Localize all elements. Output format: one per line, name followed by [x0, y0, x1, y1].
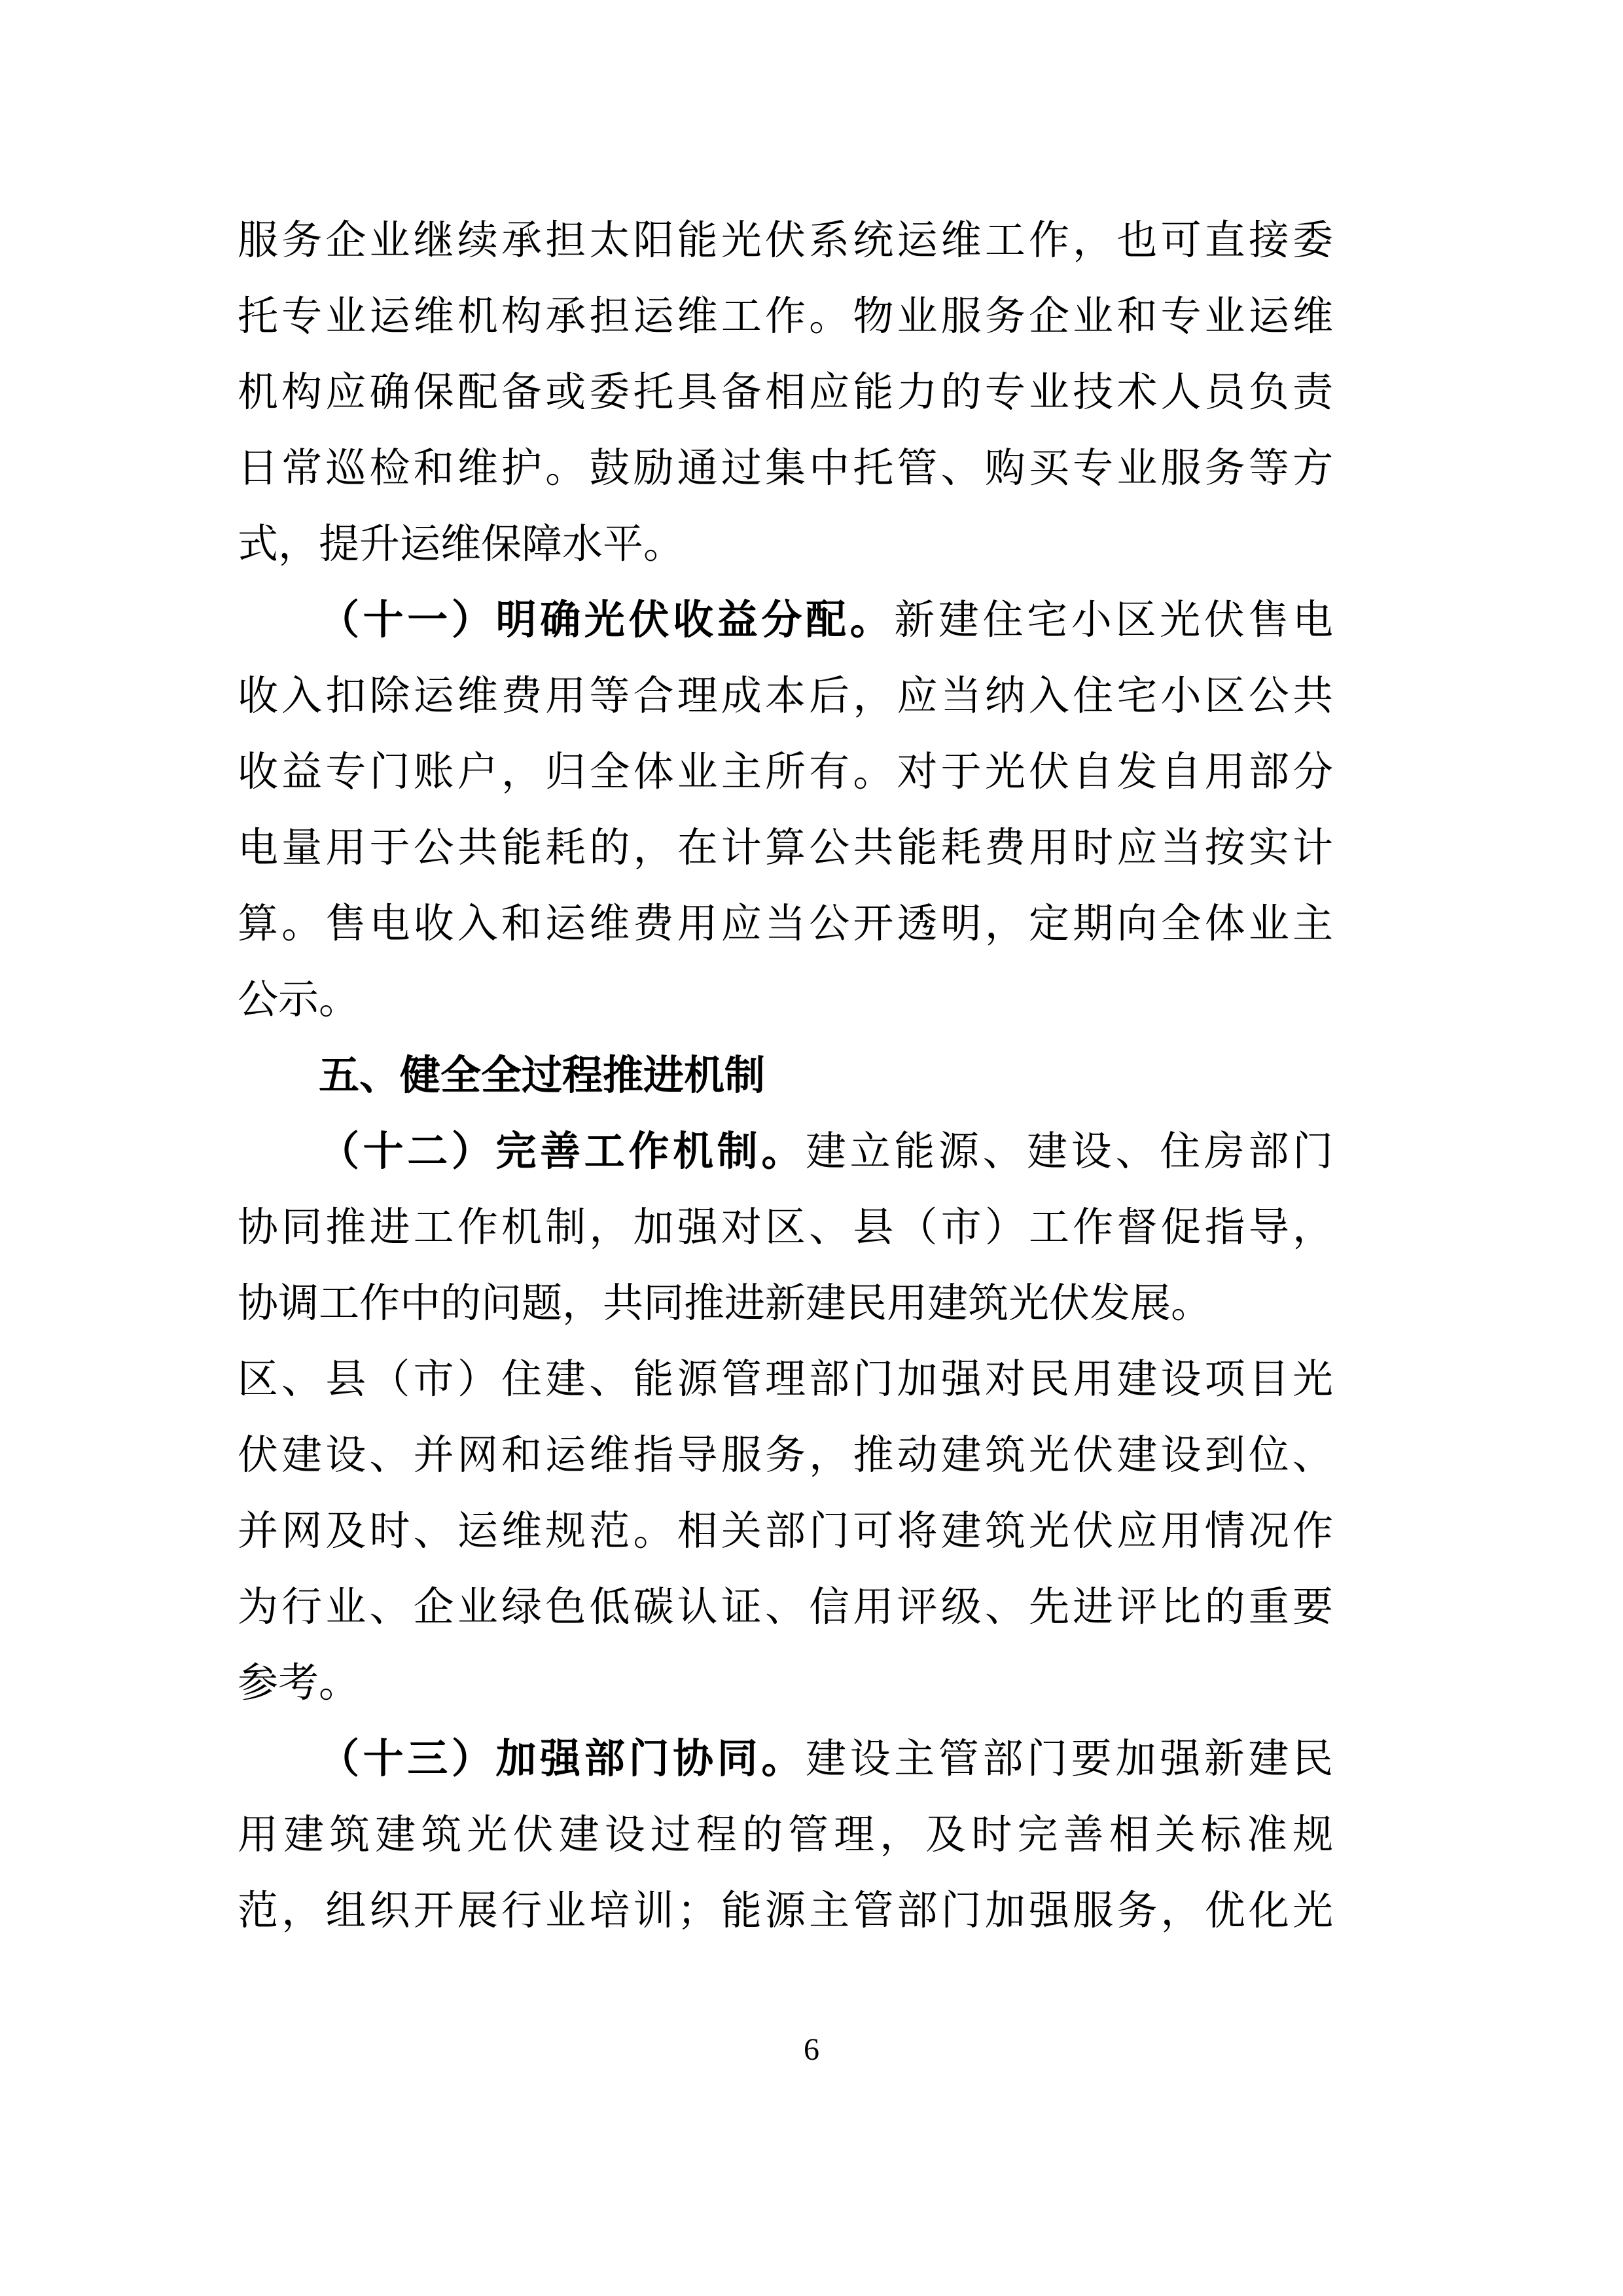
- text-line: 协调工作中的问题，共同推进新建民用建筑光伏发展。: [238, 1266, 1333, 1342]
- text-line: 协同推进工作机制，加强对区、县（市）工作督促指导，: [238, 1190, 1333, 1266]
- text-line: 参考。: [238, 1645, 1333, 1721]
- text-line: 式，提升运维保障水平。: [238, 507, 1333, 583]
- text-line-text: 服务企业继续承担太阳能光伏系统运维工作，也可直接委: [238, 219, 1333, 263]
- text-line: 区、县（市）住建、能源管理部门加强对民用建设项目光: [238, 1342, 1333, 1418]
- text-line: 伏建设、并网和运维指导服务，推动建筑光伏建设到位、: [238, 1418, 1333, 1494]
- section-heading-text: 五、健全全过程推进机制: [319, 1053, 765, 1098]
- section-heading-5: 五、健全全过程推进机制: [238, 1038, 1333, 1114]
- text-line-text: 区、县（市）住建、能源管理部门加强对民用建设项目光: [238, 1357, 1333, 1402]
- text-line-text: 收入扣除运维费用等合理成本后，应当纳入住宅小区公共: [238, 674, 1333, 719]
- text-line-text: 日常巡检和维护。鼓励通过集中托管、购买专业服务等方: [238, 446, 1333, 491]
- text-line-text: 新建住宅小区光伏售电: [894, 598, 1333, 643]
- text-line: 用建筑建筑光伏建设过程的管理，及时完善相关标准规: [238, 1797, 1333, 1873]
- text-line-text: 协同推进工作机制，加强对区、县（市）工作督促指导，: [238, 1206, 1333, 1250]
- text-line: 托专业运维机构承担运维工作。物业服务企业和专业运维: [238, 279, 1333, 355]
- text-line-text: 机构应确保配备或委托具备相应能力的专业技术人员负责: [238, 370, 1333, 415]
- text-line-text: 协调工作中的问题，共同推进新建民用建筑光伏发展。: [238, 1282, 1211, 1326]
- text-line-text: 公示。: [238, 978, 359, 1022]
- text-line: 算。售电收入和运维费用应当公开透明，定期向全体业主: [238, 886, 1333, 962]
- text-line: 范，组织开展行业培训；能源主管部门加强服务，优化光: [238, 1873, 1333, 1949]
- text-line: 收益专门账户，归全体业主所有。对于光伏自发自用部分: [238, 734, 1333, 810]
- text-line-paragraph-12: （十二）完善工作机制。建立能源、建设、住房部门: [238, 1114, 1333, 1190]
- section-lead: （十三）加强部门协同。: [319, 1736, 806, 1782]
- text-line-text: 收益专门账户，归全体业主所有。对于光伏自发自用部分: [238, 750, 1333, 795]
- text-line: 机构应确保配备或委托具备相应能力的专业技术人员负责: [238, 355, 1333, 431]
- text-line-text: 并网及时、运维规范。相关部门可将建筑光伏应用情况作: [238, 1509, 1333, 1554]
- section-lead: （十二）完善工作机制。: [319, 1129, 806, 1174]
- text-line: 并网及时、运维规范。相关部门可将建筑光伏应用情况作: [238, 1494, 1333, 1570]
- text-line-paragraph-11: （十一）明确光伏收益分配。新建住宅小区光伏售电: [238, 583, 1333, 658]
- text-line: 服务企业继续承担太阳能光伏系统运维工作，也可直接委: [238, 203, 1333, 279]
- text-line-text: 伏建设、并网和运维指导服务，推动建筑光伏建设到位、: [238, 1433, 1333, 1478]
- text-line-text: 为行业、企业绿色低碳认证、信用评级、先进评比的重要: [238, 1585, 1333, 1630]
- text-line: 公示。: [238, 962, 1333, 1038]
- text-line-text: 范，组织开展行业培训；能源主管部门加强服务，优化光: [238, 1889, 1333, 1933]
- text-line: 为行业、企业绿色低碳认证、信用评级、先进评比的重要: [238, 1570, 1333, 1645]
- text-line-text: 式，提升运维保障水平。: [238, 522, 684, 567]
- text-line-text: 算。售电收入和运维费用应当公开透明，定期向全体业主: [238, 902, 1333, 946]
- document-page: 服务企业继续承担太阳能光伏系统运维工作，也可直接委 托专业运维机构承担运维工作。…: [0, 0, 1623, 2296]
- page-number: 6: [0, 2032, 1623, 2068]
- text-line-text: 建立能源、建设、住房部门: [806, 1130, 1333, 1174]
- text-line-text: 用建筑建筑光伏建设过程的管理，及时完善相关标准规: [238, 1813, 1333, 1857]
- section-lead: （十一）明确光伏收益分配。: [319, 598, 894, 643]
- text-line-text: 托专业运维机构承担运维工作。物业服务企业和专业运维: [238, 295, 1333, 339]
- text-line: 日常巡检和维护。鼓励通过集中托管、购买专业服务等方: [238, 431, 1333, 507]
- text-line-text: 电量用于公共能耗的，在计算公共能耗费用时应当按实计: [238, 826, 1333, 870]
- text-line-text: 参考。: [238, 1661, 359, 1706]
- text-line-text: 建设主管部门要加强新建民: [806, 1737, 1333, 1782]
- document-body: 服务企业继续承担太阳能光伏系统运维工作，也可直接委 托专业运维机构承担运维工作。…: [238, 203, 1333, 1949]
- text-line-paragraph-13: （十三）加强部门协同。建设主管部门要加强新建民: [238, 1721, 1333, 1797]
- text-line: 收入扣除运维费用等合理成本后，应当纳入住宅小区公共: [238, 658, 1333, 734]
- text-line: 电量用于公共能耗的，在计算公共能耗费用时应当按实计: [238, 810, 1333, 886]
